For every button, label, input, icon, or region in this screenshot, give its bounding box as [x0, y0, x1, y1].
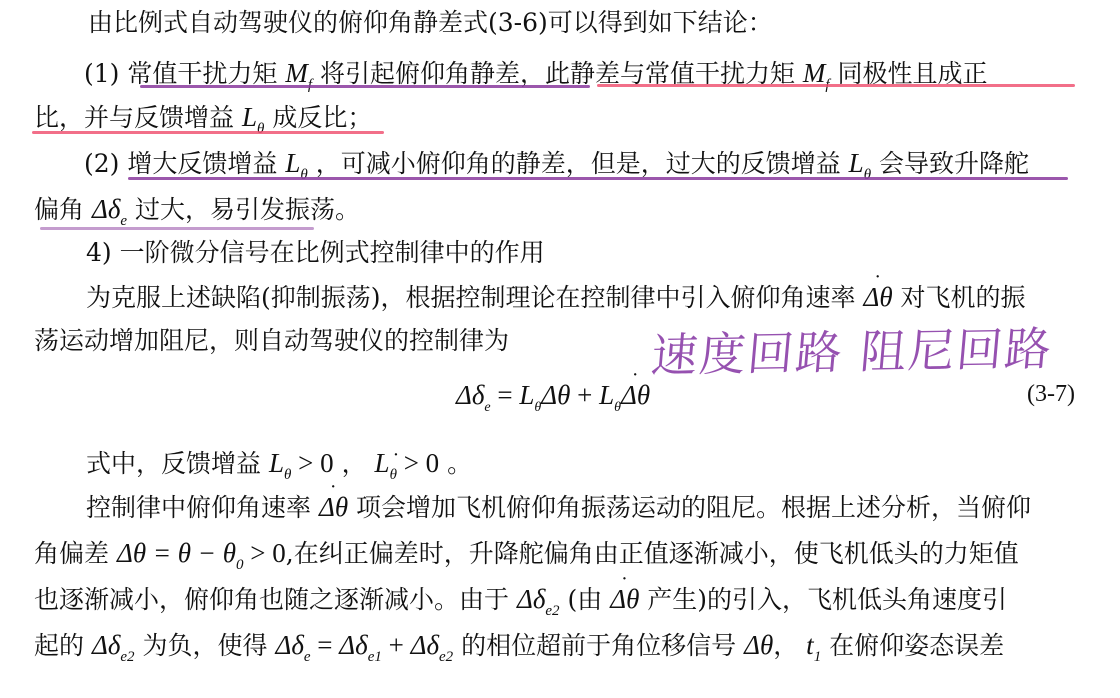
math-symbol: Δδe	[92, 194, 127, 224]
highlight-underline	[32, 131, 384, 134]
math-symbol: Δθ	[319, 490, 348, 524]
handwritten-annotation: 速度回路 阻尼回路	[649, 313, 1056, 386]
math-symbol: Lθ	[849, 148, 871, 178]
text: 也逐渐减小，俯仰角也随之逐渐减小。由于	[34, 585, 509, 614]
math-symbol: Δθ	[863, 282, 892, 312]
text: ，	[342, 449, 367, 478]
text-line: 也逐渐减小，俯仰角也随之逐渐减小。由于 Δδe2 (由 Δθ 产生)的引入，飞机…	[34, 582, 1007, 617]
text: 过大，易引发振荡。	[135, 195, 360, 224]
math-symbol: Δθ	[610, 582, 639, 616]
text: 控制律中俯仰角速率	[86, 493, 311, 522]
text: 的相位超前于角位移信号	[461, 631, 736, 660]
highlight-underline	[140, 85, 590, 88]
equation: Δδe = LθΔθ + LθΔθ	[456, 378, 650, 413]
text: 荡运动增加阻尼，则自动驾驶仪的控制律为	[34, 326, 509, 355]
text: ,在纠正偏差时，升降舵偏角由正值逐渐减小，使飞机低头的力矩值	[286, 539, 1019, 568]
text: 。	[447, 449, 472, 478]
text: 对飞机的振	[901, 283, 1026, 312]
highlight-underline	[40, 227, 314, 230]
text-line: (2) 增大反馈增益 Lθ ，可减小俯仰角的静差，但是，过大的反馈增益 Lθ 会…	[84, 146, 1029, 181]
highlight-underline	[128, 177, 1068, 180]
text-line: 起的 Δδe2 为负，使得 Δδe = Δδe1 + Δδe2 的相位超前于角位…	[34, 628, 1004, 663]
math-symbol: Δδe2	[517, 584, 560, 614]
math-symbol: t1	[806, 630, 821, 660]
math-symbol: Δδe2	[92, 630, 135, 660]
text-line: 偏角 Δδe 过大，易引发振荡。	[34, 192, 360, 227]
text: 角偏差	[34, 539, 109, 568]
text: 为负，使得	[143, 631, 268, 660]
equation-number: (3-7)	[1027, 381, 1075, 408]
text: 会导致升降舵	[879, 149, 1029, 178]
text-line: 荡运动增加阻尼，则自动驾驶仪的控制律为	[34, 324, 509, 358]
text-line: 比，并与反馈增益 Lθ 成反比；	[34, 100, 372, 135]
text: (2) 增大反馈增益	[84, 149, 277, 178]
text: 产生)的引入，飞机低头角速度引	[647, 585, 1007, 614]
text-line: 控制律中俯仰角速率 Δθ 项会增加飞机俯仰角振荡运动的阻尼。根据上述分析，当俯仰	[86, 490, 1031, 525]
math-symbol: Lθ	[242, 102, 264, 132]
text-line: 为克服上述缺陷(抑制振荡)，根据控制理论在控制律中引入俯仰角速率 Δθ 对飞机的…	[86, 280, 1026, 315]
math-symbol: Lθ	[285, 148, 307, 178]
math-symbol: Lθ	[269, 448, 291, 478]
text: (1) 常值干扰力矩	[84, 59, 277, 88]
text-line: 由比例式自动驾驶仪的俯仰角静差式(3-6)可以得到如下结论：	[88, 6, 773, 40]
text: 在俯仰姿态误差	[829, 631, 1004, 660]
text-line: 式中，反馈增益 Lθ > 0 ， Lθ > 0 。	[86, 446, 472, 481]
text: 为克服上述缺陷(抑制振荡)，根据控制理论在控制律中引入俯仰角速率	[86, 283, 856, 312]
text-line: 角偏差 Δθ = θ − θ0 > 0,在纠正偏差时，升降舵偏角由正值逐渐减小，…	[34, 536, 1019, 571]
text: ，可减小俯仰角的静差，但是，过大的反馈增益	[316, 149, 841, 178]
math-symbol: Δδe	[275, 630, 310, 660]
text: 成反比；	[272, 103, 372, 132]
math-symbol: Mf	[285, 58, 312, 88]
math-symbol: Δθ = θ − θ0	[117, 538, 244, 568]
math-symbol: Lθ	[375, 448, 397, 478]
text: 式中，反馈增益	[86, 449, 261, 478]
text: 4) 一阶微分信号在比例式控制律中的作用	[86, 238, 545, 267]
math-symbol: Δθ	[744, 630, 773, 660]
highlight-underline	[597, 84, 1075, 87]
text: 比，并与反馈增益	[34, 103, 234, 132]
text: 起的	[34, 631, 84, 660]
text: 项会增加飞机俯仰角振荡运动的阻尼。根据上述分析，当俯仰	[356, 493, 1031, 522]
text: (由	[568, 585, 603, 614]
text: 由比例式自动驾驶仪的俯仰角静差式(3-6)可以得到如下结论：	[88, 8, 773, 37]
section-heading: 4) 一阶微分信号在比例式控制律中的作用	[86, 236, 545, 270]
text: 偏角	[34, 195, 84, 224]
